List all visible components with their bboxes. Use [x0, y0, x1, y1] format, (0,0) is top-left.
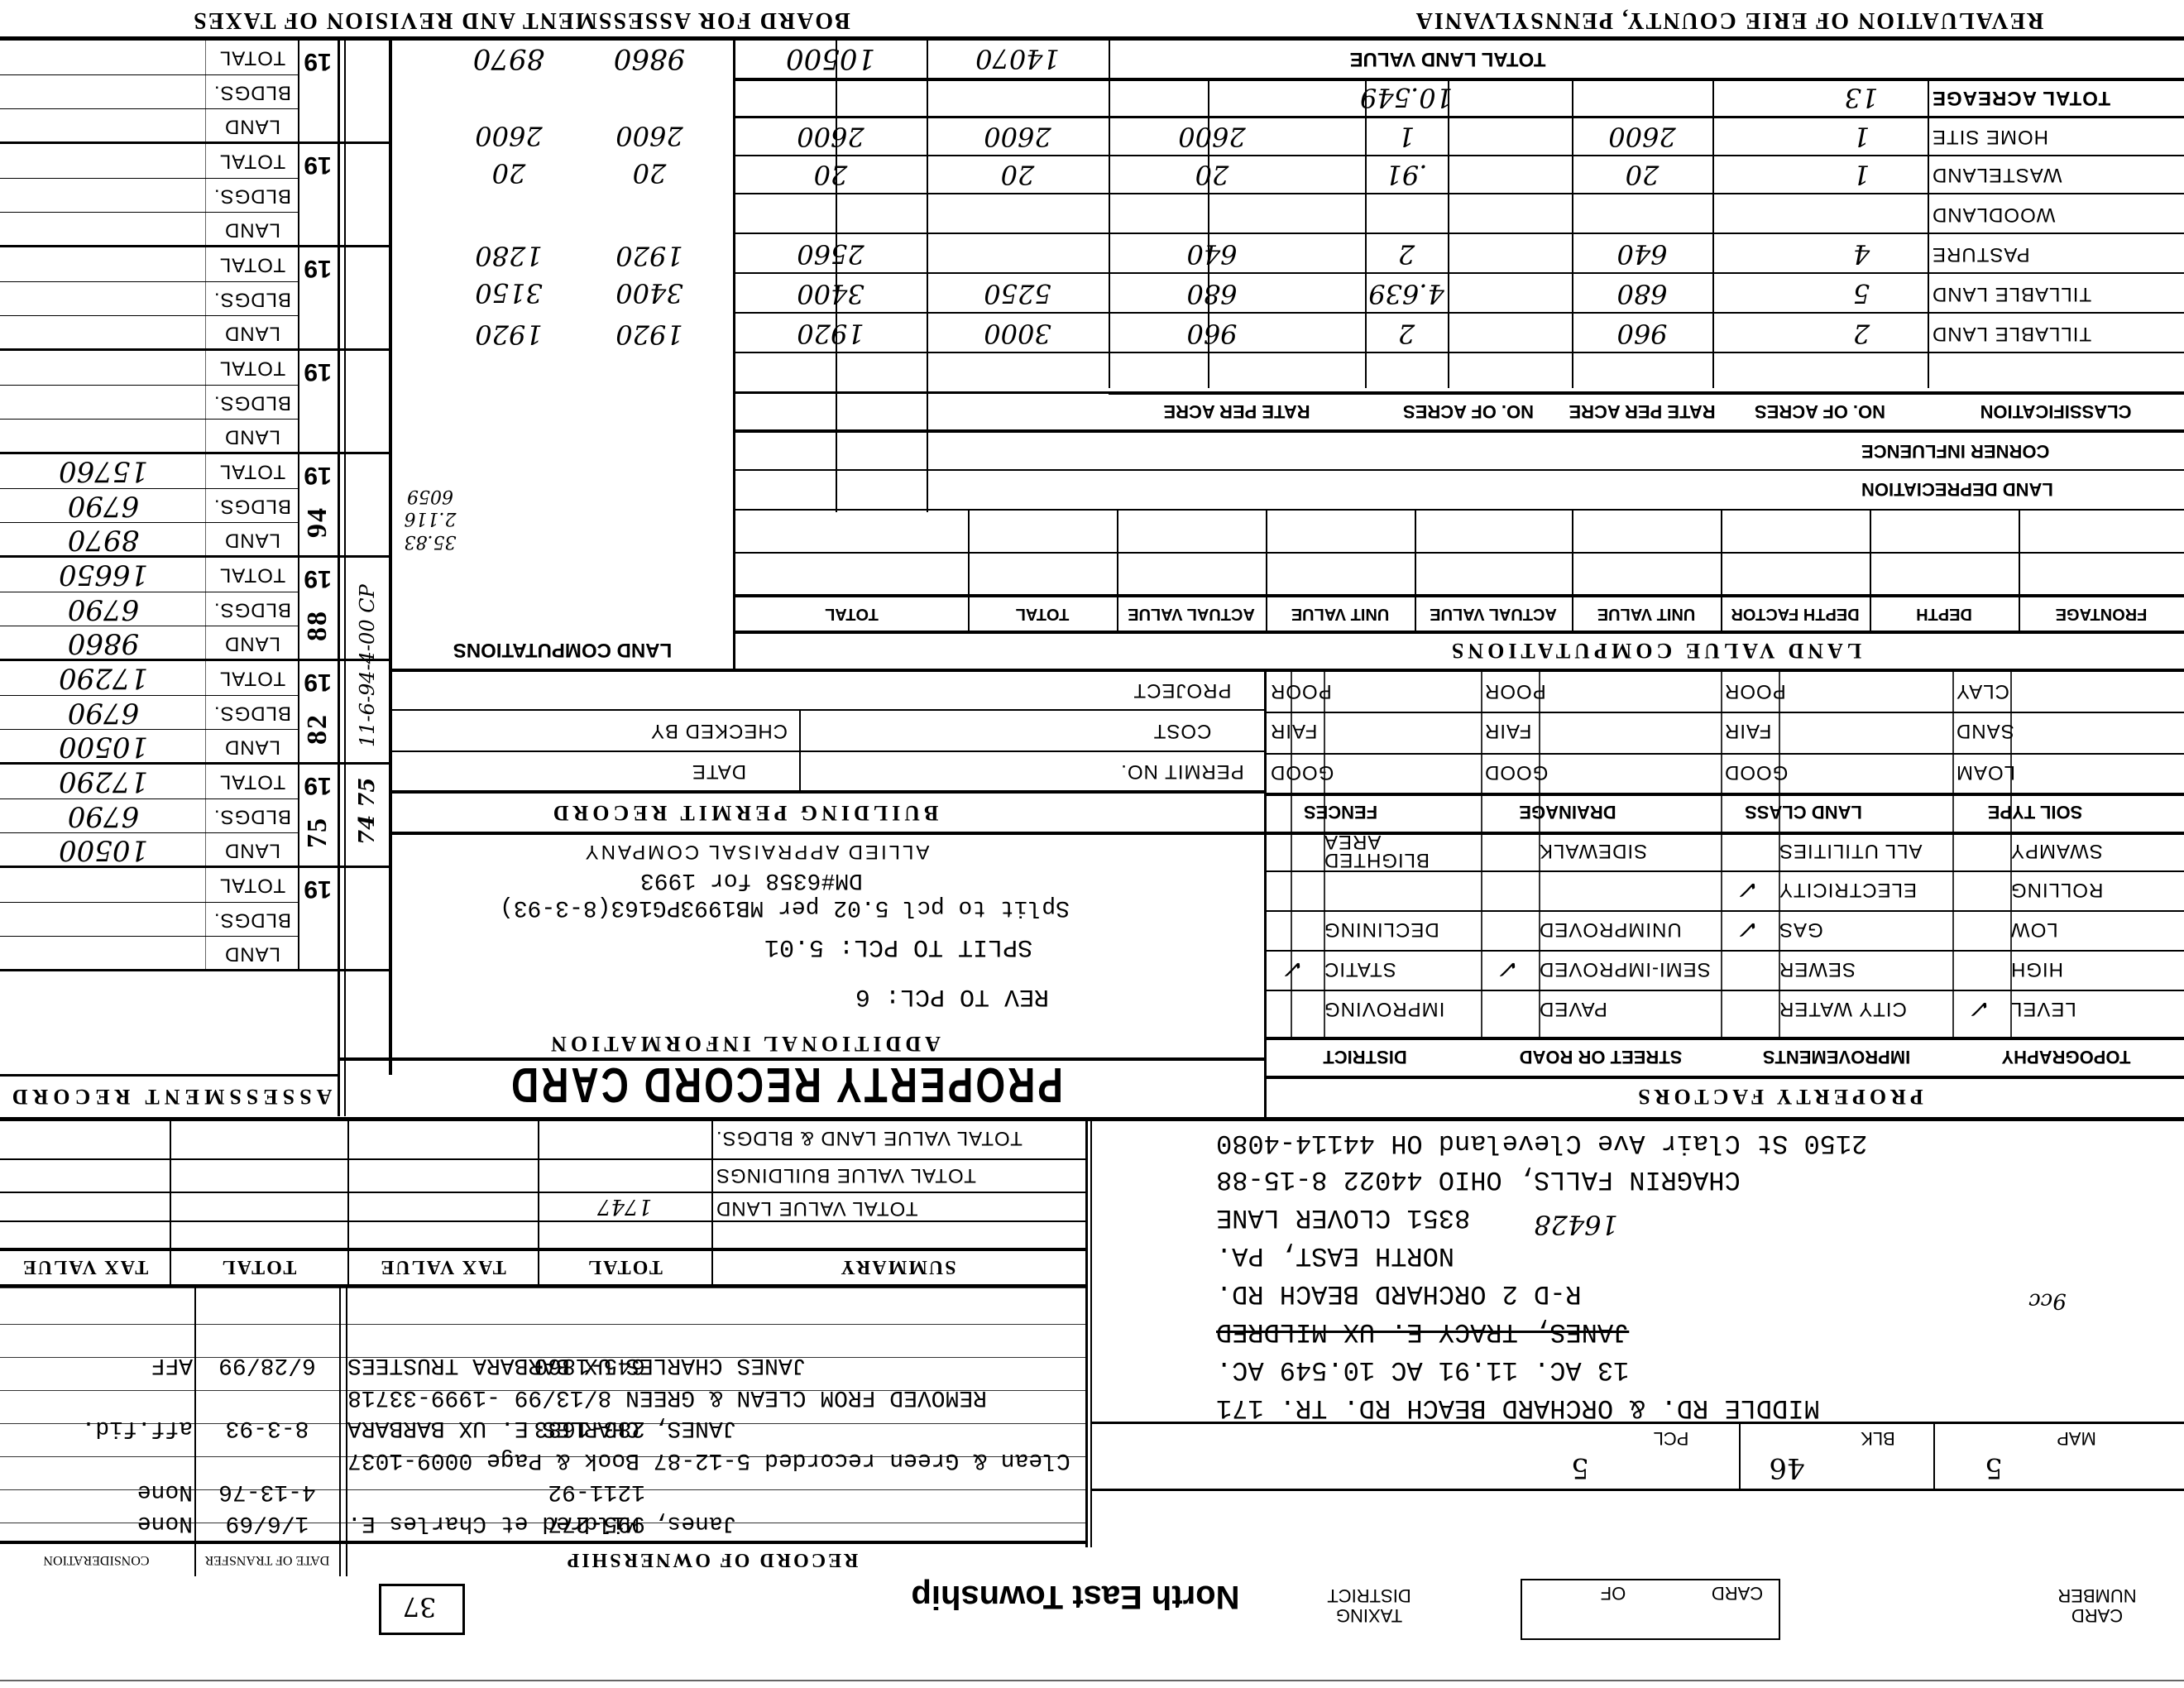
row-label: LAND	[207, 626, 298, 661]
assessment-land-value	[8, 316, 199, 351]
land-value: 2600	[587, 117, 711, 154]
ownership-date: 1/6/69	[196, 1508, 338, 1539]
address-line: R-D 2 ORCHARD BEACH RD.	[1216, 1276, 2010, 1312]
row-label: TOTAL	[207, 558, 298, 592]
row-label: TOTAL	[207, 765, 298, 799]
factor-option[interactable]: ROLLING	[2010, 870, 2180, 909]
consideration-header: CONSIDERATION	[0, 1544, 193, 1575]
year-stamp: 88	[299, 595, 336, 657]
soil-option[interactable]: GOOD	[1724, 753, 1939, 791]
lvc-title: LAND VALUE COMPUTATIONS	[1365, 633, 1944, 668]
assessment-total-value	[8, 351, 199, 386]
owner-address: MIDDLE RD. & ORCHARD BEACH RD. TR. 17113…	[1092, 1121, 2184, 1436]
ownership-header: RECORD OF OWNERSHIP	[347, 1544, 1075, 1575]
land-acres1-value	[1795, 196, 1928, 233]
assessment-total-value	[8, 247, 199, 282]
cost-label: COST	[1104, 711, 1261, 750]
map-label: MAP	[2035, 1426, 2118, 1451]
factor-option[interactable]: SWAMPY	[2010, 832, 2180, 870]
stamp-note: 11-6-94-4-00 CP	[347, 530, 387, 803]
row-label: BLDGS.	[207, 282, 298, 317]
pcl-value: 5	[1539, 1449, 1621, 1487]
summary-row-label: TOTAL VALUE LAND & BLDGS.	[716, 1121, 1080, 1154]
assessment-total-value	[8, 41, 199, 75]
lvc-column-header: FRONTAGE	[2019, 597, 2184, 631]
classification-column-header: CLASSIFICATION	[1932, 393, 2180, 429]
assessment-year-block: TOTALBLDGS.LAND19	[0, 41, 339, 144]
land-v2-value: 2560	[735, 236, 926, 272]
info-line: DM#6358 for 1993	[640, 866, 1104, 894]
assessment-year-block: TOTAL15760BLDGS.6790LAND89701994	[0, 454, 339, 558]
blk-label: BLK	[1837, 1426, 1919, 1451]
year-prefix: 19	[299, 144, 336, 185]
assessment-bldgs-value	[8, 386, 199, 420]
ownership-date	[196, 1319, 338, 1350]
soil-option[interactable]: GOOD	[1270, 753, 1468, 791]
summary-row-label: TOTAL VALUE BUILDINGS	[716, 1158, 1080, 1192]
land-acres2-value: 10.549	[1365, 79, 1448, 116]
margin-note: 9cc	[2010, 1283, 2085, 1319]
row-label: LAND	[207, 730, 298, 765]
assessment-bldgs-value	[8, 75, 199, 110]
lvc-column-header: ACTUAL VALUE	[1117, 597, 1266, 631]
revaluation-title: REVALUATION OF ERIE COUNTY, PENNSYLVANIA	[1357, 3, 2101, 36]
row-label: TOTAL	[207, 661, 298, 696]
lvc-column-header: UNIT VALUE	[1572, 597, 1721, 631]
check-mark-icon[interactable]: ✓	[1274, 950, 1315, 988]
classification-label: TILLABLE LAND	[1932, 276, 2180, 312]
year-prefix: 19	[299, 558, 336, 599]
soil-option[interactable]: FAIR	[1270, 712, 1468, 750]
classification-label: TOTAL ACREAGE	[1932, 79, 2180, 116]
lvc-column-header: DEPTH FACTOR	[1721, 597, 1870, 631]
info-line: Split to pcl 5.02 per MB1993PG163(8-3-93…	[500, 893, 1104, 923]
land-rate2-value: 960	[1109, 315, 1315, 352]
land-total-value: 9860	[587, 41, 711, 78]
ownership-consideration: AFF	[0, 1350, 193, 1381]
address-line: CHAGRIN FALLS, OHIO 44022 8-15-88	[1216, 1162, 2010, 1198]
land-value-table: TOTAL LAND VALUETOTAL ACREAGE1310.549HOM…	[735, 41, 2184, 512]
info-line: SPLIT TO PCL: 5.01	[764, 930, 1104, 963]
land-value: 2600	[447, 117, 571, 154]
factor-option[interactable]: BLIGHTED AREA	[1324, 832, 1464, 870]
factor-option[interactable]	[1324, 870, 1464, 909]
address-line: NORTH EAST, PA.	[1216, 1238, 2010, 1274]
land-acres2-value: 1	[1365, 118, 1448, 155]
summary-tax-value-header: TAX VALUE	[0, 1249, 170, 1284]
soil-option[interactable]: SAND	[1956, 712, 2171, 750]
year-prefix: 19	[299, 868, 336, 909]
year-stamp	[299, 905, 336, 967]
land-rate1-value: 640	[1572, 236, 1712, 272]
land-v1-value	[927, 79, 1109, 116]
lvc-column-header: TOTAL	[968, 597, 1117, 631]
land-v1-value	[927, 236, 1109, 272]
assessment-land-value	[8, 109, 199, 144]
taxing-district-label: TAXING DISTRICT	[1307, 1580, 1431, 1630]
factor-option[interactable]: LOW	[2010, 910, 2180, 948]
card-number-label: CARD NUMBER	[2052, 1580, 2143, 1630]
land-rate2-value	[1109, 79, 1315, 116]
assessment-record-title: ASSESSMENT RECORD	[0, 1076, 339, 1117]
row-label: LAND	[207, 937, 298, 971]
assessment-bldgs-value	[8, 282, 199, 317]
note-value: 35.83	[397, 530, 463, 554]
year-stamp	[299, 285, 336, 347]
assessment-year-block: TOTAL16650BLDGS.6790LAND98601988	[0, 558, 339, 661]
ownership-consideration: aff.fid.	[0, 1412, 193, 1444]
lvc-column-header: DEPTH	[1870, 597, 2019, 631]
year-prefix: 19	[299, 765, 336, 806]
property-factors: LOAMSANDCLAYSOIL TYPEGOODFAIRPOORLAND CL…	[1267, 672, 2184, 1119]
assessment-land-value: 8970	[8, 523, 199, 558]
land-acres2-value: 2	[1365, 236, 1448, 272]
classification-column-header: RATE PER ACRE	[1109, 393, 1365, 429]
row-label: LAND	[207, 109, 298, 144]
land-v2-value: 2600	[735, 118, 926, 155]
factor-option[interactable]: PAVED	[1539, 990, 1721, 1028]
land-rate2-value: 2600	[1109, 118, 1315, 155]
pcl-label: PCL	[1630, 1426, 1712, 1451]
project-label: PROJECT	[1104, 672, 1261, 709]
ownership-ref: 995-277	[347, 1508, 645, 1539]
map-value: 5	[1952, 1449, 2035, 1487]
row-label: LAND	[207, 833, 298, 868]
factor-option[interactable]: ALL UTILITIES	[1779, 832, 1952, 870]
stamp-note: 74 75	[347, 778, 387, 844]
land-rate2-value: 20	[1109, 156, 1315, 193]
summary-row-label: TOTAL VALUE LAND	[716, 1192, 1080, 1225]
land-acres1-value: 5	[1795, 276, 1928, 312]
land-rate1-value	[1572, 79, 1712, 116]
factor-header: FENCES	[1209, 793, 1473, 831]
factor-option[interactable]: IMPROVING	[1324, 990, 1464, 1028]
row-label: LAND	[207, 420, 298, 454]
land-v1-value	[927, 196, 1109, 233]
land-value: 20	[447, 155, 571, 191]
row-label: LAND	[207, 316, 298, 351]
year-stamp	[299, 181, 336, 243]
year-stamp	[299, 78, 336, 140]
land-v2-value	[735, 79, 926, 116]
appraisal-company: ALLIED APPRAISAL COMPANY	[508, 835, 1004, 868]
ownership-consideration	[0, 1445, 193, 1476]
assessment-land-value	[8, 213, 199, 247]
handwritten-note: 16428	[1514, 1206, 1638, 1243]
ownership-date: 8-3-93	[196, 1412, 338, 1444]
assessment-total-value: 17290	[8, 765, 199, 799]
assessment-land-value: 9860	[8, 626, 199, 661]
classification-label: HOME SITE	[1932, 118, 2180, 155]
summary-total-header: TOTAL	[170, 1249, 347, 1284]
assessment-land-value: 10500	[8, 730, 199, 765]
check-mark-icon[interactable]: ✓	[1729, 870, 1770, 909]
land-total-v1: 14070	[927, 41, 1109, 78]
land-v1-value: 5250	[927, 276, 1109, 312]
soil-option[interactable]: LOAM	[1956, 753, 2171, 791]
land-rate2-value: 640	[1109, 236, 1315, 272]
property-record-card: BOARD FOR ASSESSMENT AND REVISION OF TAX…	[0, 0, 2184, 1688]
classification-label: WOODLAND	[1932, 196, 2180, 233]
classification-label: WASTELAND	[1932, 156, 2180, 193]
date-label: DATE	[640, 752, 797, 790]
assessment-total-value: 17290	[8, 661, 199, 696]
land-acres2-value: .91	[1365, 156, 1448, 193]
year-prefix: 19	[299, 661, 336, 703]
classification-column-header: NO. OF ACRES	[1712, 393, 1928, 429]
assessment-bldgs-value: 6790	[8, 592, 199, 627]
land-rate2-value: 680	[1109, 276, 1315, 312]
year-prefix: 19	[299, 351, 336, 392]
assessment-land-value	[8, 937, 199, 971]
factor-header: TOPOGRAPHY	[1952, 1038, 2180, 1075]
factor-option[interactable]: GAS	[1779, 910, 1952, 948]
additional-information: ALLIED APPRAISAL COMPANY DM#6358 for 199…	[392, 835, 1266, 1075]
assessment-record: TOTALBLDGS.LAND19TOTALBLDGS.LAND19TOTALB…	[0, 41, 341, 1075]
land-value-history: 9860897026002600202019201280340031501920…	[397, 41, 736, 372]
assessment-year-block: TOTAL17290BLDGS.6790LAND105001982	[0, 661, 339, 765]
year-prefix: 19	[299, 247, 336, 289]
land-total-v2: 10500	[735, 41, 926, 78]
assessment-bldgs-value	[8, 903, 199, 938]
land-acres1-value: 1	[1795, 118, 1928, 155]
soil-option[interactable]: POOR	[1484, 672, 1707, 710]
row-label: TOTAL	[207, 144, 298, 179]
ownership-ref: 1211-92	[347, 1476, 645, 1508]
row-label: BLDGS.	[207, 386, 298, 420]
ownership-consideration: None	[0, 1508, 193, 1539]
factor-option[interactable]: DECLINING	[1324, 910, 1464, 948]
soil-option[interactable]: FAIR	[1724, 712, 1939, 750]
factor-header: STREET OR ROAD	[1481, 1038, 1721, 1075]
taxing-district-value: North East Township	[877, 1572, 1274, 1622]
row-label: BLDGS.	[207, 75, 298, 110]
factor-option[interactable]: STATIC	[1324, 950, 1464, 988]
land-rate1-value: 680	[1572, 276, 1712, 312]
land-acres1-value: 1	[1795, 156, 1928, 193]
row-label: TOTAL	[207, 454, 298, 489]
address-line: 2150 St Clair Ave Cleveland OH 44114-408…	[1216, 1125, 2010, 1162]
row-label: TOTAL	[207, 351, 298, 386]
parcel-ids: PCL 5 BLK 46 MAP 5	[1092, 1424, 2184, 1556]
ownership-consideration: None	[0, 1476, 193, 1508]
land-v1-value: 20	[927, 156, 1109, 193]
ownership-ref	[347, 1319, 645, 1350]
ownership-date	[196, 1382, 338, 1413]
check-mark-icon[interactable]: ✓	[1489, 950, 1530, 988]
building-permit-title: BUILDING PERMIT RECORD	[516, 794, 971, 832]
assessment-year-block: TOTALBLDGS.LAND19	[0, 144, 339, 247]
assessment-total-value: 15760	[8, 454, 199, 489]
land-value: 20	[587, 155, 711, 191]
classification-label: PASTURE	[1932, 236, 2180, 272]
ownership-date: 4-13-76	[196, 1476, 338, 1508]
address-line: 13 AC. 11.91 AC 10.549 AC.	[1216, 1352, 2010, 1388]
land-v2-value: 20	[735, 156, 926, 193]
land-acres2-value: 4.639	[1365, 276, 1448, 312]
land-value: 3150	[447, 275, 571, 311]
land-rate1-value: 960	[1572, 315, 1712, 352]
soil-option[interactable]: GOOD	[1484, 753, 1707, 791]
row-label: TOTAL	[207, 868, 298, 903]
land-acres1-value: 2	[1795, 315, 1928, 352]
assessment-bldgs-value	[8, 179, 199, 213]
lvc-column-header: ACTUAL VALUE	[1415, 597, 1572, 631]
soil-option[interactable]: POOR	[1724, 672, 1939, 710]
land-acres2-value: 2	[1365, 315, 1448, 352]
land-acres2-value	[1365, 196, 1448, 233]
year-prefix: 19	[299, 41, 336, 82]
factor-option[interactable]: SIDEWALK	[1539, 832, 1721, 870]
soil-option[interactable]: POOR	[1270, 672, 1468, 710]
land-value: 1920	[587, 316, 711, 352]
factor-option[interactable]	[1539, 870, 1721, 909]
land-value: 1280	[447, 237, 571, 274]
ownership-ref: 283-1683	[347, 1412, 645, 1444]
ownership-consideration	[0, 1319, 193, 1350]
factor-option[interactable]: SEWER	[1779, 950, 1952, 988]
year-stamp	[299, 388, 336, 450]
classification-label: TILLABLE LAND	[1932, 315, 2180, 352]
land-v2-value: 1920	[735, 315, 926, 352]
land-value-computations: FRONTAGEDEPTHDEPTH FACTORUNIT VALUEACTUA…	[735, 509, 2184, 674]
land-acres1-value: 13	[1795, 79, 1928, 116]
land-rate2-value	[1109, 196, 1315, 233]
row-label: LAND	[207, 213, 298, 247]
factor-option[interactable]: LEVEL	[2010, 990, 2180, 1028]
summary-land-note: 1747	[546, 1192, 703, 1221]
card-label: CARD	[1704, 1580, 1770, 1605]
address-line: JANES, TRACY E. UX MILDRED	[1216, 1314, 2010, 1350]
blk-value: 46	[1746, 1449, 1828, 1487]
lvc-column-header: UNIT VALUE	[1266, 597, 1415, 631]
row-label: BLDGS.	[207, 696, 298, 731]
of-label: OF	[1588, 1580, 1638, 1605]
assessment-year-block: TOTALBLDGS.LAND19	[0, 247, 339, 351]
row-label: BLDGS.	[207, 592, 298, 627]
summary-and-ownership: TOTAL VALUE LAND & BLDGS.TOTAL VALUE BUI…	[0, 1121, 1085, 1547]
assessment-land-value: 10500	[8, 833, 199, 868]
classification-column-header: NO. OF ACRES	[1365, 393, 1572, 429]
land-total-value: 8970	[447, 41, 571, 78]
land-v2-value: 3400	[735, 276, 926, 312]
year-stamp: 82	[299, 698, 336, 760]
land-computations-label: LAND COMPUTATIONS	[414, 633, 711, 666]
info-line: REV TO PCL: 6	[855, 980, 1104, 1013]
factor-option[interactable]: SEMI-IMPROVED	[1539, 950, 1721, 988]
row-label: BLDGS.	[207, 489, 298, 524]
assessment-bldgs-value: 6790	[8, 799, 199, 834]
factor-option[interactable]: ELECTRICITY	[1779, 870, 1952, 909]
summary-header: SUMMARY	[716, 1249, 1080, 1284]
land-rate1-value	[1572, 196, 1712, 233]
row-label: BLDGS.	[207, 903, 298, 938]
assessment-total-value: 16650	[8, 558, 199, 592]
row-label: BLDGS.	[207, 799, 298, 834]
land-v1-value: 2600	[927, 118, 1109, 155]
ownership-date	[196, 1445, 338, 1476]
assessment-year-block: TOTALBLDGS.LAND19	[0, 868, 339, 971]
lvc-column-header: TOTAL	[735, 597, 968, 631]
note-value: 6059	[397, 484, 463, 509]
ownership-ref: 645-1860	[347, 1350, 645, 1381]
corner-influence-label: CORNER INFLUENCE	[1861, 433, 2180, 469]
land-acres1-value: 4	[1795, 236, 1928, 272]
factor-option[interactable]: CITY WATER	[1779, 990, 1952, 1028]
row-label: LAND	[207, 523, 298, 558]
ownership-consideration	[0, 1382, 193, 1413]
check-mark-icon[interactable]: ✓	[1729, 910, 1770, 948]
assessment-year-block: TOTALBLDGS.LAND19	[0, 351, 339, 454]
land-value: 1920	[587, 237, 711, 274]
check-mark-icon[interactable]: ✓	[1961, 990, 2002, 1028]
checked-by-label: CHECKED BY	[640, 711, 797, 750]
box-number: 37	[381, 1585, 458, 1628]
row-label: TOTAL	[207, 41, 298, 75]
land-value: 3400	[587, 275, 711, 311]
factor-header: DISTRICT	[1266, 1038, 1464, 1075]
ownership-date: 6/28/99	[196, 1350, 338, 1381]
property-factors-title: PROPERTY FACTORS	[1572, 1077, 1985, 1115]
total-land-value-label: TOTAL LAND VALUE	[1117, 41, 1779, 78]
soil-option[interactable]: CLAY	[1956, 672, 2171, 710]
land-v2-value	[735, 196, 926, 233]
land-rate1-value: 2600	[1572, 118, 1712, 155]
land-value: 1920	[447, 316, 571, 352]
assessment-year-block: TOTAL17290BLDGS.6790LAND105001975	[0, 765, 339, 868]
summary-total-header: TOTAL	[538, 1249, 711, 1284]
year-prefix: 19	[299, 454, 336, 496]
ownership-ref	[347, 1445, 645, 1476]
assessment-total-value	[8, 144, 199, 179]
row-label: BLDGS.	[207, 179, 298, 213]
note-value: 2.116	[397, 506, 463, 531]
land-rate1-value: 20	[1572, 156, 1712, 193]
board-title: BOARD FOR ASSESSMENT AND REVISION OF TAX…	[149, 3, 893, 36]
building-permit-record: PROJECT COST CHECKED BY PERMIT NO. DATE …	[392, 672, 1266, 833]
land-depreciation-label: LAND DEPRECIATION	[1861, 471, 2180, 507]
assessment-land-value	[8, 420, 199, 454]
classification-column-header: RATE PER ACRE	[1572, 393, 1712, 429]
assessment-bldgs-value: 6790	[8, 489, 199, 524]
factor-option[interactable]: HIGH	[2010, 950, 2180, 988]
date-of-transfer-header: DATE OF TRANSFER	[196, 1544, 338, 1575]
factor-header: IMPROVEMENTS	[1721, 1038, 1952, 1075]
year-stamp: 94	[299, 492, 336, 554]
row-label: TOTAL	[207, 247, 298, 282]
year-stamp: 75	[299, 802, 336, 864]
summary-tax-value-header: TAX VALUE	[347, 1249, 538, 1284]
card-title: PROPERTY RECORD CARD	[496, 1057, 1075, 1116]
assessment-total-value	[8, 868, 199, 903]
permit-no-label: PERMIT NO.	[1104, 752, 1261, 790]
ownership-ref	[347, 1382, 645, 1413]
factor-option[interactable]: UNIMPROVED	[1539, 910, 1721, 948]
soil-option[interactable]: FAIR	[1484, 712, 1707, 750]
assessment-bldgs-value: 6790	[8, 696, 199, 731]
land-v1-value: 3000	[927, 315, 1109, 352]
